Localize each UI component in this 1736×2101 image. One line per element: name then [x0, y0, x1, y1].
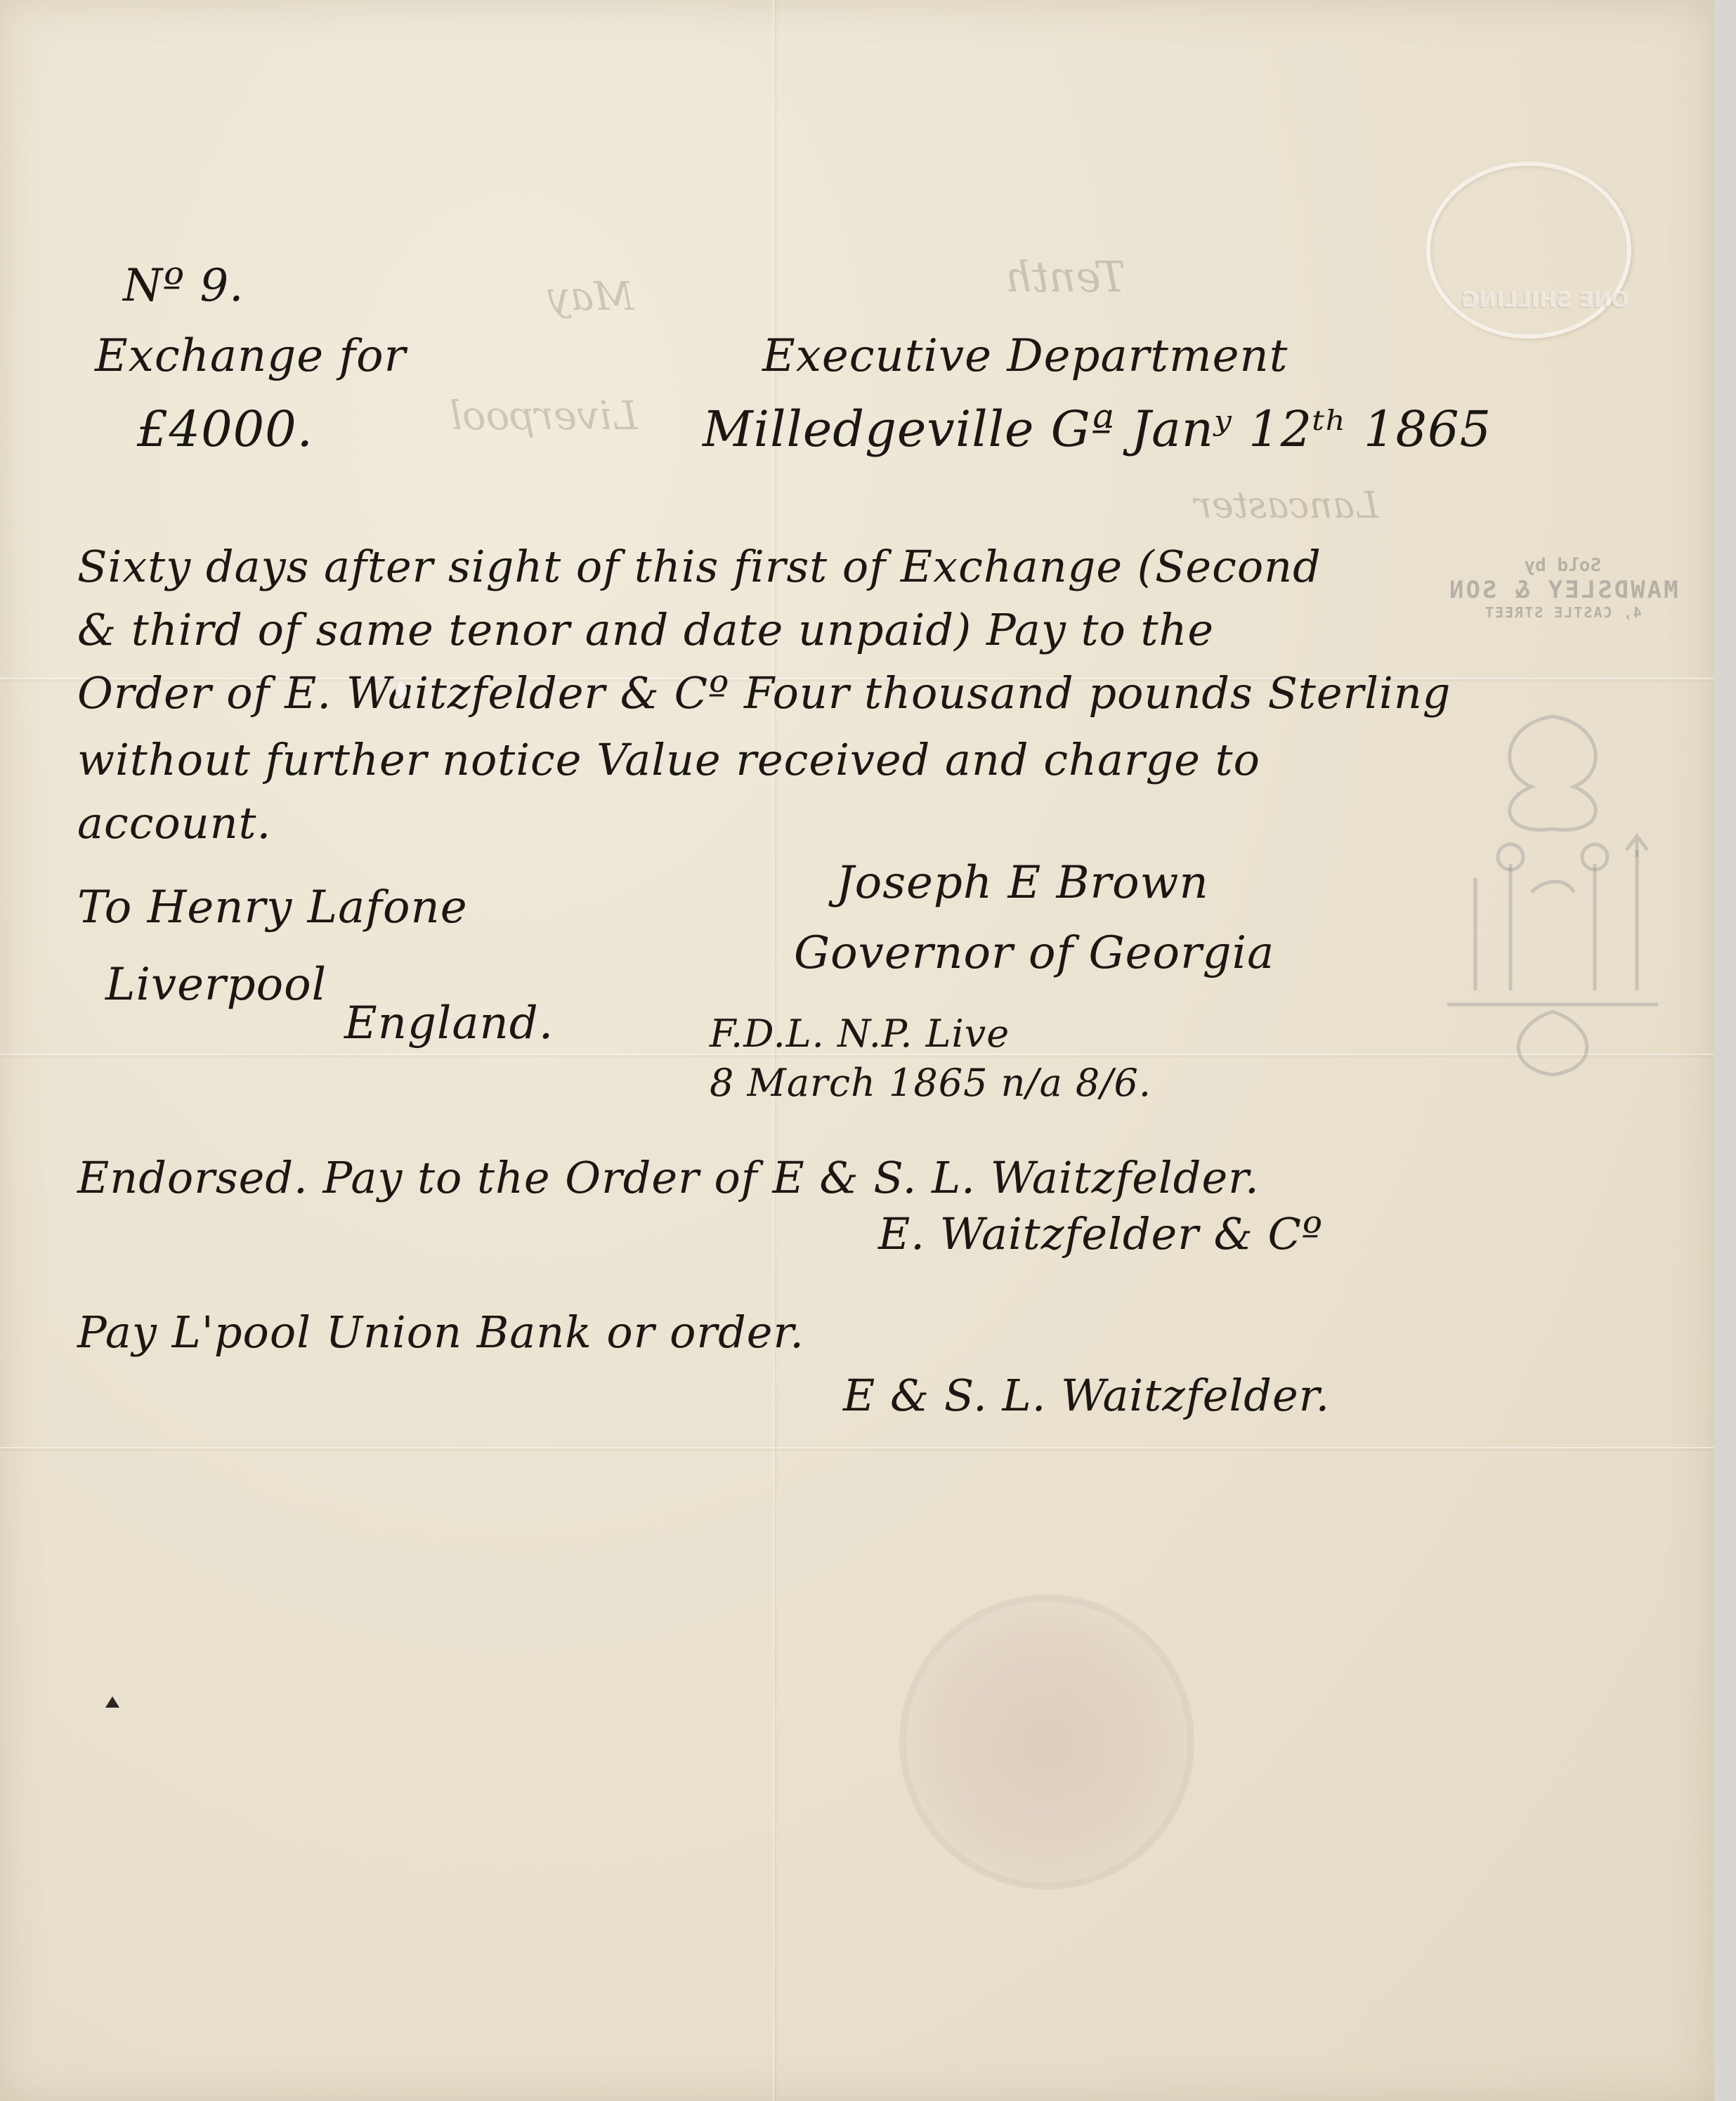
embossed-seal [899, 1595, 1194, 1890]
scan-edge [1714, 0, 1736, 2101]
place-and-date: Milledgeville Gª Janʸ 12ᵗʰ 1865 [703, 400, 1492, 458]
exchange-for-label: Exchange for [95, 330, 406, 382]
fold-line [0, 1447, 1714, 1448]
paper-mark [105, 1696, 119, 1708]
body-line-4: without further notice Value received an… [77, 734, 1260, 785]
body-line-1: Sixty days after sight of this first of … [77, 541, 1321, 592]
bill-number: Nº 9. [123, 260, 244, 312]
endorsement-line-2: Pay L'pool Union Bank or order. [77, 1307, 804, 1358]
body-line-3: Order of E. Waitzfelder & Cº Four thousa… [77, 667, 1451, 719]
stationer-line-2: MAWDSLEY & SON [1447, 576, 1678, 604]
drawee-country: England. [344, 997, 554, 1049]
drawee-city: Liverpool [105, 959, 327, 1011]
drawee-name: To Henry Lafone [77, 882, 468, 934]
body-line-5: account. [77, 797, 271, 849]
acceptance-note-line-2: 8 March 1865 n/a 8/6. [710, 1061, 1151, 1105]
bleed-through-text: Tenth [1005, 253, 1125, 302]
bleed-through-text: Liverpool [450, 393, 638, 439]
drawer-signature: Joseph E Brown [836, 857, 1209, 909]
embossed-stamp-label: ONE SHILLING [1461, 288, 1629, 313]
stationer-line-3: 4, CASTLE STREET [1447, 604, 1678, 621]
punch-hole [396, 680, 407, 701]
endorsement-signer-2: E & S. L. Waitzfelder. [843, 1370, 1330, 1421]
body-line-2: & third of same tenor and date unpaid) P… [77, 604, 1214, 655]
stationer-mark: Sold by MAWDSLEY & SON 4, CASTLE STREET [1447, 555, 1678, 621]
bill-amount: £4000. [137, 400, 313, 458]
endorsement-signer-1: E. Waitzfelder & Cº [878, 1208, 1323, 1259]
stationer-line-1: Sold by [1447, 555, 1678, 576]
bleed-through-text: May [548, 274, 634, 320]
issuing-department: Executive Department [762, 330, 1288, 382]
ornamental-vignette-icon [1433, 695, 1672, 1089]
endorsement-line-1: Endorsed. Pay to the Order of E & S. L. … [77, 1152, 1260, 1203]
acceptance-note-line-1: F.D.L. N.P. Live [710, 1012, 1010, 1056]
drawer-title: Governor of Georgia [794, 927, 1274, 979]
bleed-through-text: Lancaster [1194, 485, 1378, 527]
